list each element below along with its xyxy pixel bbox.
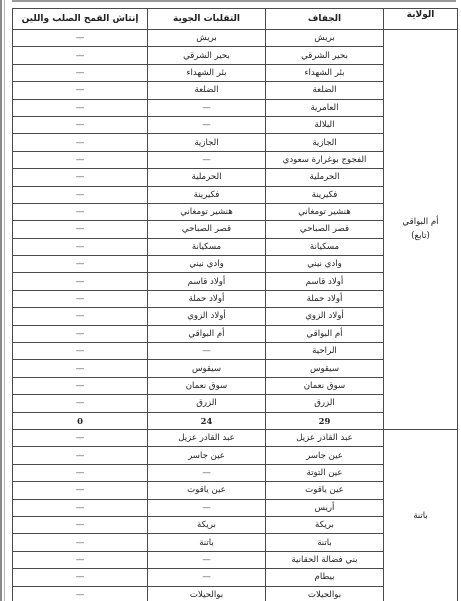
- previous-page-border: [12, 0, 456, 2]
- drought-cell: الراحية: [266, 343, 384, 360]
- weather-cell: باتنة: [148, 534, 266, 551]
- drought-cell: وادي نيني: [266, 256, 384, 273]
- wheat-cell: —: [13, 534, 148, 551]
- weather-cell: أولاد قاسم: [148, 273, 266, 290]
- header-drought: الجفاف: [266, 9, 384, 30]
- weather-cell: بريش: [148, 30, 266, 47]
- weather-cell: —: [148, 343, 266, 360]
- weather-cell: سوق نعمان: [148, 377, 266, 394]
- weather-cell: الضلعة: [148, 82, 266, 99]
- wheat-cell: —: [13, 377, 148, 394]
- wheat-cell: —: [13, 30, 148, 47]
- drought-cell: عين جاسر: [266, 447, 384, 464]
- wheat-cell: —: [13, 221, 148, 238]
- header-wheat: إنتاش القمح الصلب واللين: [13, 9, 148, 30]
- wheat-cell: —: [13, 447, 148, 464]
- drought-cell: عين التوتة: [266, 464, 384, 481]
- weather-cell: —: [148, 151, 266, 168]
- wheat-total: 0: [13, 412, 148, 429]
- drought-cell: الزرق: [266, 395, 384, 412]
- drought-cell: بحير الشرقي: [266, 47, 384, 64]
- drought-cell: باتنة: [266, 534, 384, 551]
- weather-cell: هنشير تومغاني: [148, 203, 266, 220]
- wilaya-name: أم البواقي: [386, 215, 455, 229]
- wheat-cell: —: [13, 64, 148, 81]
- wilaya-cell: أم البواقي(تابع): [384, 30, 458, 430]
- wheat-cell: —: [13, 516, 148, 533]
- wheat-cell: —: [13, 99, 148, 116]
- header-weather: التقلبات الجوية: [148, 9, 266, 30]
- wilaya-name: باتنة: [386, 509, 455, 523]
- wheat-cell: —: [13, 325, 148, 342]
- wilaya-cell: باتنة: [384, 429, 458, 601]
- drought-total: 29: [266, 412, 384, 429]
- weather-cell: الجازية: [148, 134, 266, 151]
- drought-cell: الحرملية: [266, 169, 384, 186]
- drought-cell: فكيرينة: [266, 186, 384, 203]
- weather-cell: —: [148, 551, 266, 568]
- drought-cell: بئر الشهداء: [266, 64, 384, 81]
- wheat-cell: —: [13, 429, 148, 446]
- weather-cell: عبد القادر عزيل: [148, 429, 266, 446]
- wheat-cell: —: [13, 47, 148, 64]
- wheat-cell: —: [13, 151, 148, 168]
- wheat-cell: —: [13, 499, 148, 516]
- drought-cell: أولاد حملة: [266, 290, 384, 307]
- drought-cell: بريكة: [266, 516, 384, 533]
- weather-cell: بريكة: [148, 516, 266, 533]
- weather-cell: مسكيانة: [148, 238, 266, 255]
- wheat-cell: —: [13, 482, 148, 499]
- drought-cell: العامرية: [266, 99, 384, 116]
- wheat-cell: —: [13, 551, 148, 568]
- communes-disaster-table: الولاية الجفاف التقلبات الجوية إنتاش الق…: [12, 8, 458, 601]
- wheat-cell: —: [13, 256, 148, 273]
- drought-cell: بريش: [266, 30, 384, 47]
- weather-cell: الزرق: [148, 395, 266, 412]
- drought-cell: الجازية: [266, 134, 384, 151]
- drought-cell: أريس: [266, 499, 384, 516]
- page-edge-inner: [4, 0, 5, 601]
- wheat-cell: —: [13, 186, 148, 203]
- wheat-cell: —: [13, 203, 148, 220]
- wheat-cell: —: [13, 134, 148, 151]
- weather-cell: سيقوس: [148, 360, 266, 377]
- weather-cell: عين ياقوت: [148, 482, 266, 499]
- weather-cell: عين جاسر: [148, 447, 266, 464]
- weather-cell: —: [148, 569, 266, 586]
- weather-cell: —: [148, 464, 266, 481]
- wheat-cell: —: [13, 290, 148, 307]
- wheat-cell: —: [13, 343, 148, 360]
- wheat-cell: —: [13, 116, 148, 133]
- header-row: الولاية الجفاف التقلبات الجوية إنتاش الق…: [13, 9, 458, 30]
- weather-total: 24: [148, 412, 266, 429]
- drought-cell: بني فضالة الحقانية: [266, 551, 384, 568]
- weather-cell: أم البواقي: [148, 325, 266, 342]
- drought-cell: الفجوج بوغرارة سعودي: [266, 151, 384, 168]
- drought-cell: سيقوس: [266, 360, 384, 377]
- drought-cell: عبد القادر عزيل: [266, 429, 384, 446]
- drought-cell: سوق نعمان: [266, 377, 384, 394]
- weather-cell: بئر الشهداء: [148, 64, 266, 81]
- drought-cell: البلالة: [266, 116, 384, 133]
- wheat-cell: —: [13, 569, 148, 586]
- weather-cell: فكيرينة: [148, 186, 266, 203]
- drought-cell: بوالحيلات: [266, 586, 384, 601]
- weather-cell: الحرملية: [148, 169, 266, 186]
- drought-cell: أم البواقي: [266, 325, 384, 342]
- wheat-cell: —: [13, 82, 148, 99]
- wheat-cell: —: [13, 395, 148, 412]
- table-row: باتنةعبد القادر عزيلعبد القادر عزيل—: [13, 429, 458, 446]
- wheat-cell: —: [13, 238, 148, 255]
- weather-cell: بحير الشرقي: [148, 47, 266, 64]
- drought-cell: بيطام: [266, 569, 384, 586]
- wheat-cell: —: [13, 308, 148, 325]
- weather-cell: —: [148, 499, 266, 516]
- drought-cell: أولاد قاسم: [266, 273, 384, 290]
- weather-cell: أولاد الزوي: [148, 308, 266, 325]
- wilaya-note: (تابع): [386, 229, 455, 243]
- header-wilaya: الولاية: [384, 9, 458, 30]
- weather-cell: أولاد حملة: [148, 290, 266, 307]
- wheat-cell: —: [13, 360, 148, 377]
- wheat-cell: —: [13, 464, 148, 481]
- drought-cell: عين ياقوت: [266, 482, 384, 499]
- wheat-cell: —: [13, 586, 148, 601]
- drought-cell: الضلعة: [266, 82, 384, 99]
- drought-cell: أولاد الزوي: [266, 308, 384, 325]
- weather-cell: —: [148, 116, 266, 133]
- drought-cell: قصر الصباحي: [266, 221, 384, 238]
- page-edge: [0, 0, 2, 601]
- wheat-cell: —: [13, 273, 148, 290]
- table-row: أم البواقي(تابع)بريشبريش—: [13, 30, 458, 47]
- drought-cell: هنشير تومغاني: [266, 203, 384, 220]
- weather-cell: بوالحيلات: [148, 586, 266, 601]
- weather-cell: وادي نيني: [148, 256, 266, 273]
- wheat-cell: —: [13, 169, 148, 186]
- drought-cell: مسكيانة: [266, 238, 384, 255]
- weather-cell: —: [148, 99, 266, 116]
- weather-cell: قصر الصباحي: [148, 221, 266, 238]
